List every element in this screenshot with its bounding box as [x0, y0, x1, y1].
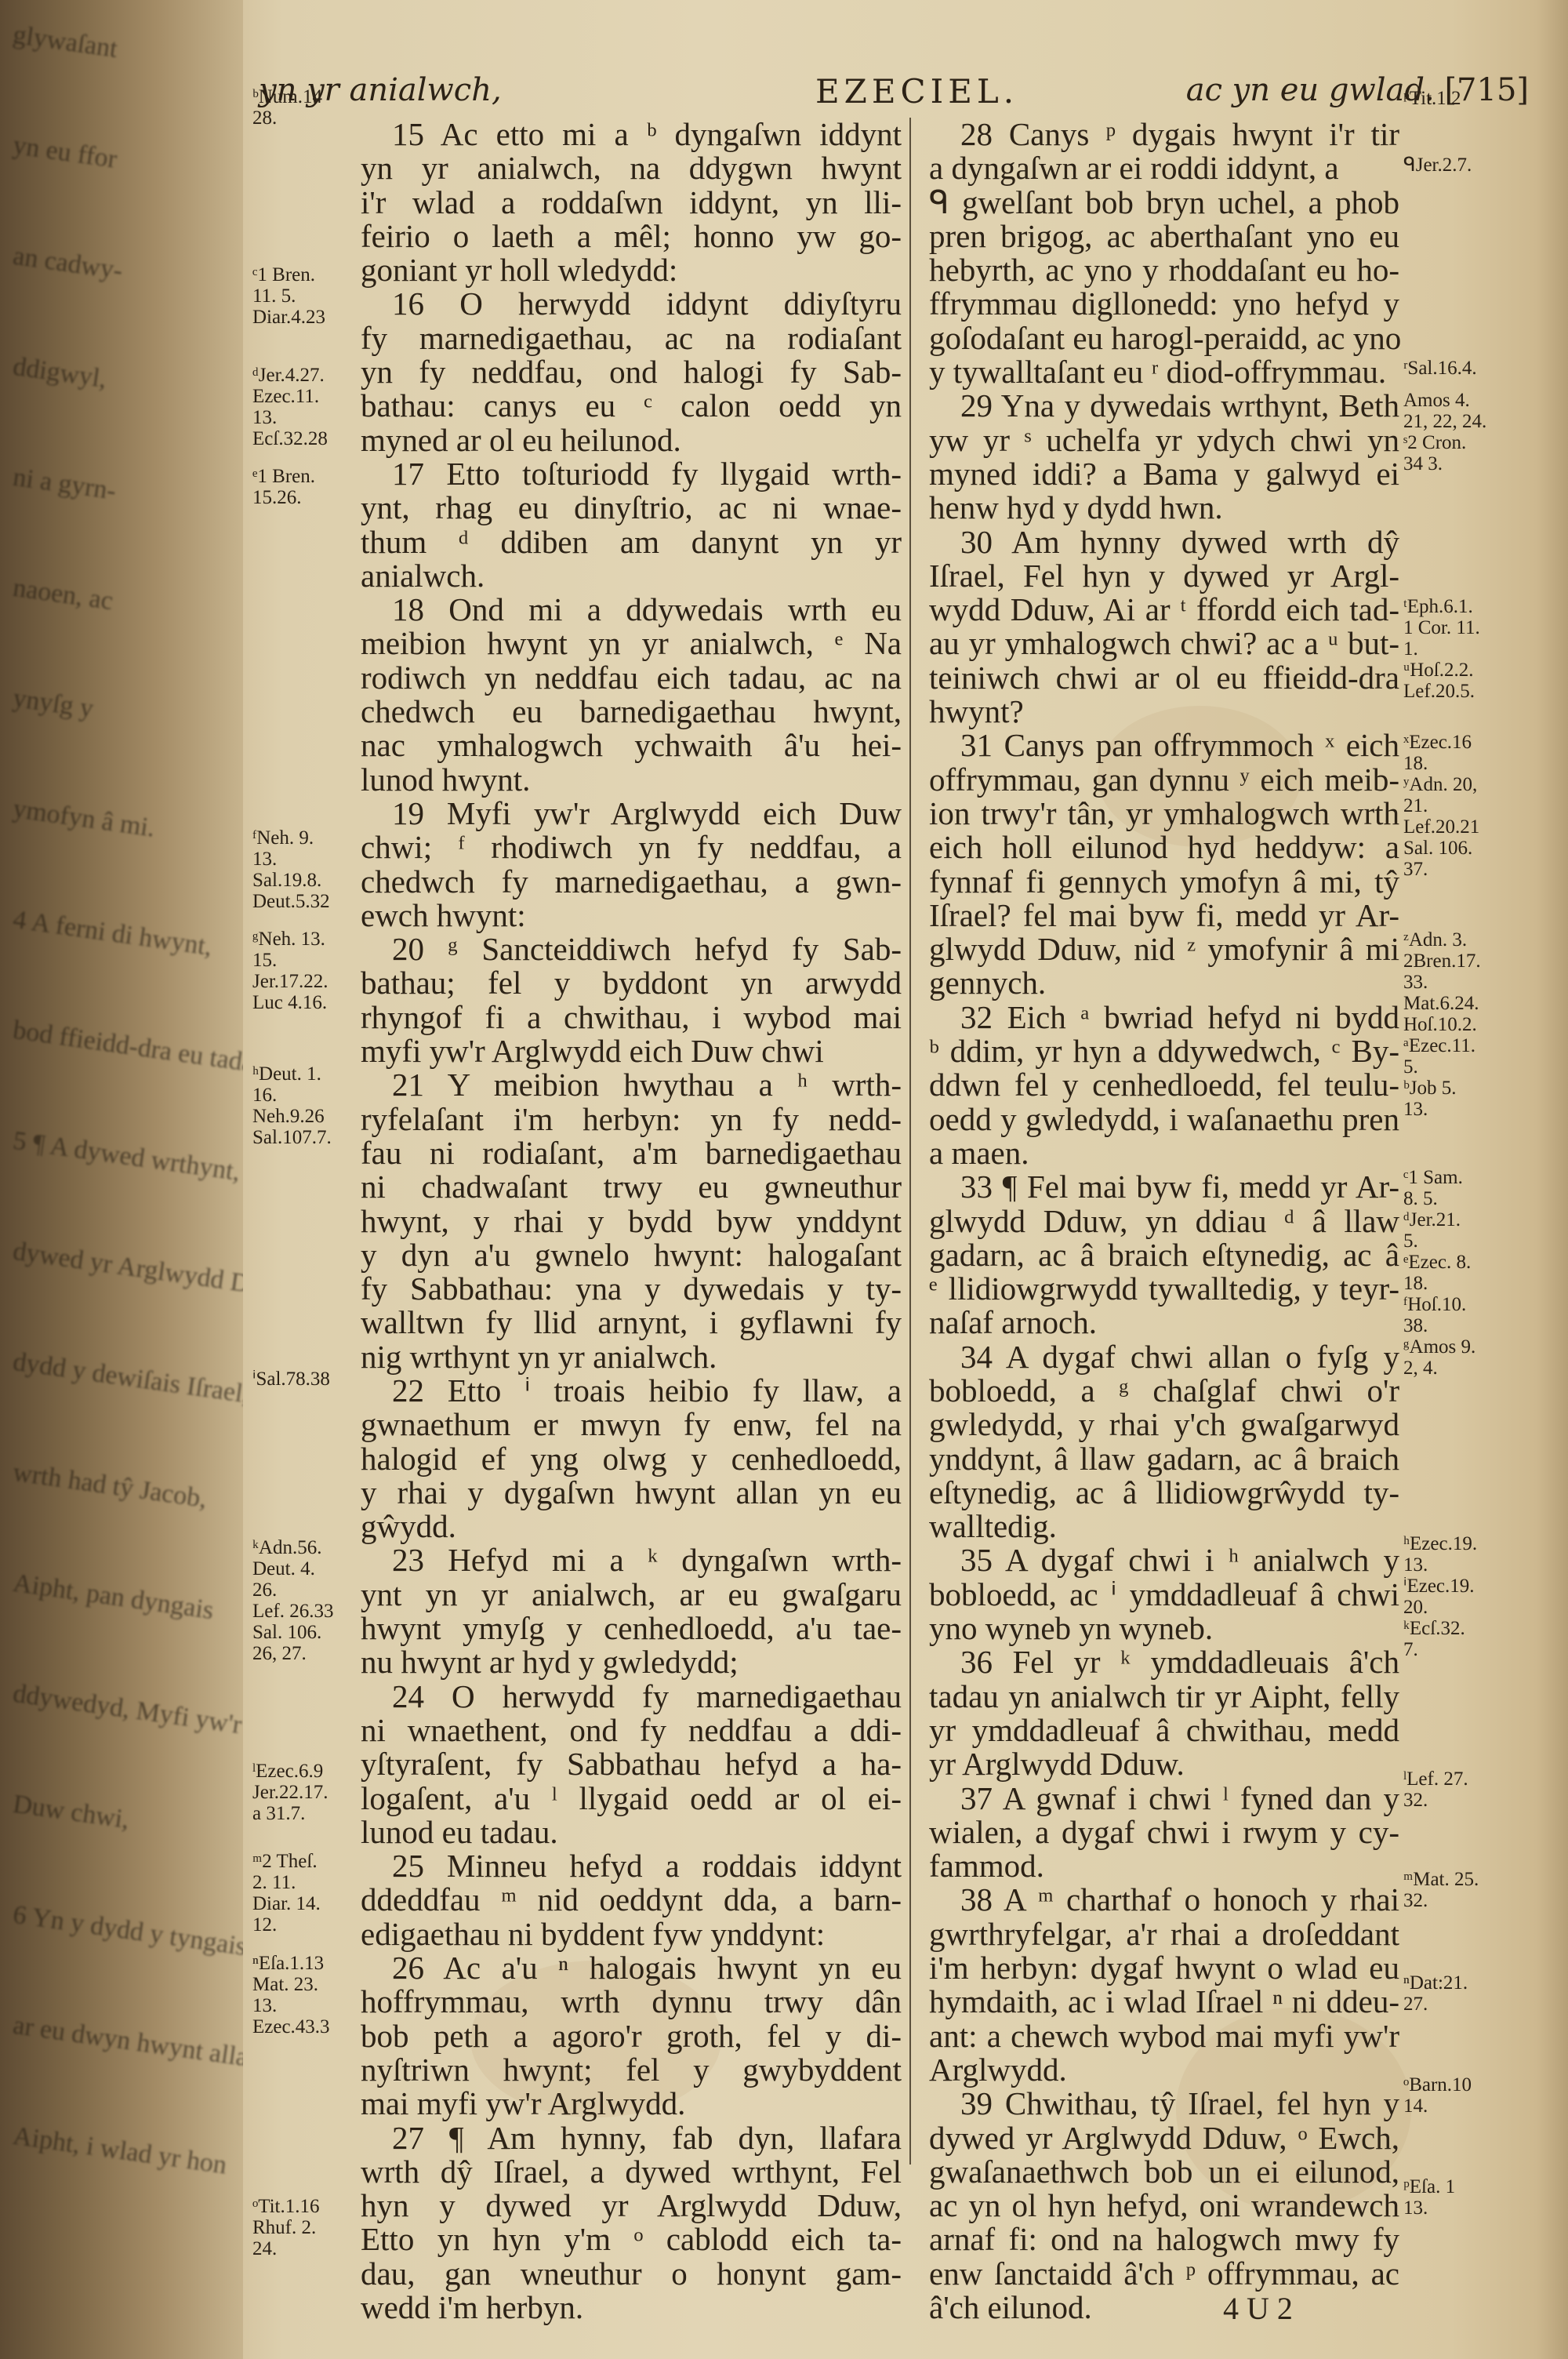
verse-line: glwydd Dduw, yn ddiau ᵈ â llaw	[929, 1205, 1399, 1238]
verse-line: 22 Etto ⁱ troais heibio fy llaw, a	[361, 1374, 902, 1408]
verse-line: gwnaethum er mwyn fy enw, fel na	[361, 1408, 902, 1441]
verse-line: wrth dŷ Iſrael, a dywed wrthynt, Fel	[361, 2155, 902, 2189]
verse-line: ac yn ol hyn hefyd, oni wrandewch	[929, 2189, 1399, 2223]
verse-line: ant: a chewch wybod mai myfi yw'r	[929, 2019, 1399, 2053]
book-title: EZECIEL.	[815, 72, 1018, 111]
verse-line: eich holl eilunod hyd heddyw: a	[929, 831, 1399, 864]
verse-line: hyn y dywed yr Arglwydd Dduw,	[361, 2189, 902, 2223]
verse-line: 31 Canys pan offrymmoch ˣ eich	[929, 729, 1399, 762]
verse-line: nig wrthynt yn yr anialwch.	[361, 1340, 902, 1374]
verse-line: ᑫ gwelſant bob bryn uchel, a phob	[929, 186, 1399, 220]
verse-line: Iſrael? fel mai byw fi, medd yr Ar-	[929, 899, 1399, 932]
verse-line: yſtyraſent, fy Sabbathau hefyd a ha-	[361, 1747, 902, 1781]
verse-line: 27 ¶ Am hynny, fab dyn, llafara	[361, 2121, 902, 2155]
facing-page-line: ynyſg y	[0, 679, 241, 747]
cross-reference-note: ˣEzec.16 18. ʸAdn. 20, 21. Lef.20.21 Sal…	[1403, 732, 1479, 880]
header-right: ac yn eu gwlad. [715]	[1186, 72, 1529, 108]
verse-line: hwynt, y rhai y bydd byw ynddynt	[361, 1205, 902, 1238]
verse-line: chwi; ᶠ rhodiwch yn fy neddfau, a	[361, 831, 902, 864]
verse-line: nac ymhalogwch ychwaith â'u hei-	[361, 729, 902, 762]
verse-line: ni chadwaſant trwy eu gwneuthur	[361, 1170, 902, 1204]
facing-page-line: Duw chwi,	[0, 1785, 241, 1852]
verse-line: eſtynedig, ac â llidiowgrŵydd ty-	[929, 1476, 1399, 1510]
cross-reference-note: ᵈJer.4.27. Ezec.11. 13. Ecſ.32.28	[252, 365, 328, 449]
verse-line: hymdaith, ac i wlad Iſrael ⁿ ni ddeu-	[929, 1985, 1399, 2019]
verse-line: henw hyd y dydd hwn.	[929, 491, 1399, 525]
cross-reference-note: ʳSal.16.4.	[1403, 358, 1477, 379]
verse-line: 28 Canys ᵖ dygais hwynt i'r tir	[929, 118, 1399, 151]
verse-line: hebyrth, ac yno y rhoddaſant eu ho-	[929, 253, 1399, 287]
cross-reference-note: ʰEzec.19. 13. ⁱEzec.19. 20. ᵏEcſ.32. 7.	[1403, 1533, 1477, 1660]
verse-line: ffrymmau digllonedd: yno hefyd y	[929, 287, 1399, 321]
verse-line: 29 Yna y dywedais wrthynt, Beth	[929, 389, 1399, 423]
verse-line: 23 Hefyd mi a ᵏ dyngaſwn wrth-	[361, 1543, 902, 1577]
header-right-catchword: ac yn eu gwlad.	[1186, 72, 1435, 108]
facing-page-line: bod ffieidd-dra eu tadau:	[0, 1011, 241, 1078]
cross-reference-note: ⁿEſa.1.13 Mat. 23. 13. Ezec.43.3	[252, 1953, 330, 2037]
verse-line: gwrthryfelgar, a'r rhai a droſeddant	[929, 1917, 1399, 1951]
facing-page-line: dywed yr Arglwydd Dduw	[0, 1232, 241, 1299]
verse-line: hwynt?	[929, 695, 1399, 729]
facing-page-line: 5 ¶ A dywed wrthynt,	[0, 1121, 241, 1189]
verse-line: anialwch.	[361, 559, 902, 593]
verse-line: goſodaſant eu harogl-peraidd, ac yno	[929, 322, 1399, 355]
verse-line: yn fy neddfau, ond halogi fy Sab-	[361, 355, 902, 389]
facing-page-line: naoen, ac	[0, 569, 241, 636]
verse-line: Etto yn hyn y'm ᵒ cablodd eich ta-	[361, 2223, 902, 2256]
cross-reference-note: ˡEzec.6.9 Jer.22.17. a 31.7.	[252, 1761, 328, 1824]
cross-reference-note: ᵒBarn.10 14.	[1403, 2074, 1472, 2117]
right-text-column: 28 Canys ᵖ dygais hwynt i'r tira dyngaſw…	[929, 118, 1399, 2324]
verse-line: fy Sabbathau: yna y dywedais y ty-	[361, 1272, 902, 1306]
facing-page-line: dydd y dewiſais Iſrael,	[0, 1343, 241, 1410]
verse-line: ynddynt, â llaw gadarn, ac â braich	[929, 1442, 1399, 1476]
verse-line: bobloedd, a ᵍ chaſglaf chwi o'r	[929, 1374, 1399, 1408]
cross-reference-note: ᶻAdn. 3. 2Bren.17. 33. Mat.6.24. Hoſ.10.…	[1403, 929, 1481, 1120]
verse-line: 16 O herwydd iddynt ddiyſtyru	[361, 287, 902, 321]
verse-line: 25 Minneu hefyd a roddais iddynt	[361, 1849, 902, 1883]
facing-page-line: Aipht, pan dyngais	[0, 1564, 241, 1631]
verse-line: gwaſanaethwch bob un ei eilunod,	[929, 2155, 1399, 2189]
cross-reference-note: ᵒTit.1.16 Rhuf. 2. 24.	[252, 2196, 320, 2259]
cross-reference-note: ʰDeut. 1. 16. Neh.9.26 Sal.107.7.	[252, 1063, 332, 1148]
verse-line: thum ᵈ ddiben am danynt yn yr	[361, 525, 902, 559]
verse-line: 15 Ac etto mi a ᵇ dyngaſwn iddynt	[361, 118, 902, 151]
verse-line: ni wnaethent, ond fy neddfau a ddi-	[361, 1714, 902, 1747]
verse-line: naſaf arnoch.	[929, 1306, 1399, 1339]
verse-line: fau ni rodiaſant, a'm barnedigaethau	[361, 1136, 902, 1170]
facing-page-line: 6 Yn y dydd y tyngais	[0, 1896, 241, 1963]
verse-line: nyſtriwn hwynt; fel y gwybyddent	[361, 2053, 902, 2087]
cross-reference-note: ᶜ1 Bren. 11. 5. Diar.4.23	[252, 264, 325, 328]
verse-line: ewch hwynt:	[361, 899, 902, 932]
facing-page-line: ymofyn â mi.	[0, 790, 241, 857]
verse-line: mai myfi yw'r Arglwydd.	[361, 2087, 902, 2121]
verse-line: 34 A dygaf chwi allan o fyſg y	[929, 1340, 1399, 1374]
verse-line: 18 Ond mi a ddywedais wrth eu	[361, 593, 902, 627]
verse-line: dau, gan wneuthur o honynt gam-	[361, 2257, 902, 2291]
verse-line: halogid ef yng olwg y cenhedloedd,	[361, 1442, 902, 1476]
facing-page-line: wrth had tŷ Jacob,	[0, 1453, 241, 1521]
facing-page-line: Aipht, i wlad yr hon	[0, 2117, 241, 2184]
verse-line: yn yr anialwch, na ddygwn hwynt	[361, 151, 902, 185]
verse-line: oedd y gwledydd, i waſanaethu pren	[929, 1103, 1399, 1136]
verse-line: i'r wlad a roddaſwn iddynt, yn lli-	[361, 186, 902, 220]
verse-line: dywed yr Arglwydd Dduw, ᵒ Ewch,	[929, 2121, 1399, 2155]
verse-line: 19 Myfi yw'r Arglwydd eich Duw	[361, 797, 902, 831]
verse-line: gŵydd.	[361, 1510, 902, 1543]
cross-reference-note: ᵍNeh. 13. 15. Jer.17.22. Luc 4.16.	[252, 929, 328, 1013]
verse-line: fynnaf fi gennych ymofyn â mi, tŷ	[929, 865, 1399, 899]
verse-line: 32 Eich ᵃ bwriad hefyd ni bydd	[929, 1001, 1399, 1034]
verse-line: offrymmau, gan dynnu ʸ eich meib-	[929, 763, 1399, 797]
verse-line: bob peth a agoro'r groth, fel y di-	[361, 2019, 902, 2053]
verse-line: 26 Ac a'u ⁿ halogais hwynt yn eu	[361, 1951, 902, 1985]
verse-line: ynt, rhag eu dinyſtrio, ac ni wnae-	[361, 491, 902, 525]
verse-line: enw ſanctaidd â'ch ᵖ offrymmau, ac	[929, 2257, 1399, 2291]
cross-reference-note: ᵖEſa. 1 13.	[1403, 2176, 1455, 2219]
verse-line: gwledydd, y rhai y'ch gwaſgarwyd	[929, 1408, 1399, 1441]
facing-page-text: glywaſantyn eu fforan cadwy-ddigwyl,ni a…	[0, 16, 243, 2150]
cross-reference-note: ᵖTit.1.2	[1403, 88, 1461, 109]
cross-reference-note: Amos 4. 21, 22, 24. ˢ2 Cron. 34 3.	[1403, 390, 1486, 474]
facing-page-line: 4 A ferni di hwynt,	[0, 900, 241, 968]
verse-line: edigaethau ni byddent fyw ynddynt:	[361, 1917, 902, 1951]
cross-reference-note: ⁿDat:21. 27.	[1403, 1972, 1468, 2015]
facing-page-line: ar eu dwyn hwynt allan	[0, 2006, 241, 2074]
facing-page-gutter: glywaſantyn eu fforan cadwy-ddigwyl,ni a…	[0, 0, 243, 2359]
verse-line: teiniwch chwi ar ol eu ffieidd-dra	[929, 661, 1399, 695]
facing-page-line: ddigwyl,	[0, 347, 241, 415]
cross-reference-note: ᵇNum.14 28.	[252, 86, 322, 129]
verse-line: hwynt ymyſg y cenhedloedd, a'u tae-	[361, 1612, 902, 1645]
verse-line: a dyngaſwn ar ei roddi iddynt, a	[929, 151, 1399, 185]
facing-page-line: yn eu ffor	[0, 126, 241, 194]
verse-line: Iſrael, Fel hyn y dywed yr Argl-	[929, 559, 1399, 593]
verse-line: myned ar ol eu heilunod.	[361, 423, 902, 457]
cross-reference-note: ᑫJer.2.7.	[1403, 154, 1472, 176]
verse-line: 36 Fel yr ᵏ ymddadleuais â'ch	[929, 1645, 1399, 1679]
cross-reference-note: ᵗEph.6.1. 1 Cor. 11. 1. ᵘHoſ.2.2. Lef.20…	[1403, 596, 1480, 702]
signature-mark: 4 U 2	[1223, 2290, 1293, 2327]
cross-reference-note: ᶜ1 Sam. 8. 5. ᵈJer.21. 5. ᵉEzec. 8. 18. …	[1403, 1167, 1475, 1379]
verse-line: a maen.	[929, 1136, 1399, 1170]
verse-line: glwydd Dduw, nid ᶻ ymofynir â mi	[929, 932, 1399, 966]
verse-line: tadau yn anialwch tir yr Aipht, felly	[929, 1680, 1399, 1714]
verse-line: ion trwy'r tân, yr ymhalogwch wrth	[929, 797, 1399, 831]
verse-line: au yr ymhalogwch chwi? ac a ᵘ but-	[929, 627, 1399, 660]
verse-line: Arglwydd.	[929, 2053, 1399, 2087]
verse-line: lunod eu tadau.	[361, 1816, 902, 1849]
verse-line: bathau: canys eu ᶜ calon oedd yn	[361, 389, 902, 423]
verse-line: ᵉ llidiowgrwydd tywalltedig, y teyr-	[929, 1272, 1399, 1306]
verse-line: arnaf fi: ond na halogwch mwy fy	[929, 2223, 1399, 2256]
verse-line: meibion hwynt yn yr anialwch, ᵉ Na	[361, 627, 902, 660]
verse-line: 35 A dygaf chwi i ʰ anialwch y	[929, 1543, 1399, 1577]
verse-line: chedwch fy marnedigaethau, a gwn-	[361, 865, 902, 899]
verse-line: yr ymddadleuaf â chwithau, medd	[929, 1714, 1399, 1747]
verse-line: bobloedd, ac ⁱ ymddadleuaf â chwi	[929, 1578, 1399, 1612]
verse-line: â'ch eilunod.	[929, 2291, 1399, 2324]
cross-reference-note: ᵏAdn.56. Deut. 4. 26. Lef. 26.33 Sal. 10…	[252, 1537, 333, 1664]
verse-line: feirio o laeth a mêl; honno yw go-	[361, 220, 902, 253]
verse-line: chedwch eu barnedigaethau hwynt,	[361, 695, 902, 729]
cross-reference-note: ˡLef. 27. 32.	[1403, 1768, 1468, 1811]
column-divider	[909, 118, 911, 2165]
verse-line: ddeddfau ᵐ nid oeddynt dda, a barn-	[361, 1883, 902, 1917]
cross-reference-note: ᶠNeh. 9. 13. Sal.19.8. Deut.5.32	[252, 827, 330, 912]
cross-reference-note: ᵐMat. 25. 32.	[1403, 1869, 1479, 1911]
verse-line: 30 Am hynny dywed wrth dŷ	[929, 525, 1399, 559]
running-header: yn yr anialwch, EZECIEL. ac yn eu gwlad.…	[251, 72, 1529, 119]
verse-line: rhyngof fi a chwithau, i wybod mai	[361, 1001, 902, 1034]
verse-line: ᵇ ddim, yr hyn a ddywedwch, ᶜ By-	[929, 1034, 1399, 1068]
verse-line: 37 A gwnaf i chwi ˡ fyned dan y	[929, 1782, 1399, 1816]
verse-line: myfi yw'r Arglwydd eich Duw chwi	[361, 1034, 902, 1068]
facing-page-line: an cadwy-	[0, 237, 241, 304]
facing-page-line: glywaſant	[0, 16, 241, 83]
verse-line: 38 A ᵐ charthaf o honoch y rhai	[929, 1883, 1399, 1917]
verse-line: bathau; fel y byddont yn arwydd	[361, 966, 902, 1000]
cross-reference-note: ⁱSal.78.38	[252, 1369, 330, 1390]
verse-line: yno wyneb yn wyneb.	[929, 1612, 1399, 1645]
verse-line: logaſent, a'u ˡ llygaid oedd ar ol ei-	[361, 1782, 902, 1816]
verse-line: gennych.	[929, 966, 1399, 1000]
verse-line: fammod.	[929, 1849, 1399, 1883]
verse-line: 24 O herwydd fy marnedigaethau	[361, 1680, 902, 1714]
verse-line: myned iddi? a Bama y galwyd ei	[929, 457, 1399, 491]
verse-line: 33 ¶ Fel mai byw fi, medd yr Ar-	[929, 1170, 1399, 1204]
verse-line: wedd i'm herbyn.	[361, 2291, 902, 2324]
verse-line: 21 Y meibion hwythau a ʰ wrth-	[361, 1068, 902, 1102]
verse-line: walltwn fy llid arnynt, i gyflawni fy	[361, 1306, 902, 1339]
verse-line: gadarn, ac â braich eſtynedig, ac â	[929, 1238, 1399, 1272]
verse-line: wialen, a dygaf chwi i rwym y cy-	[929, 1816, 1399, 1849]
facing-page-line: ni a gyrn-	[0, 458, 241, 525]
verse-line: pren brigog, ac aberthaſant yno eu	[929, 220, 1399, 253]
cross-reference-note: ᵐ2 Theſ. 2. 11. Diar. 14. 12.	[252, 1851, 321, 1936]
verse-line: goniant yr holl wledydd:	[361, 253, 902, 287]
verse-line: hoffrymmau, wrth dynnu trwy dân	[361, 1985, 902, 2019]
verse-line: 20 ᵍ Sancteiddiwch hefyd fy Sab-	[361, 932, 902, 966]
facing-page-line: ddywedyd, Myfi yw'r	[0, 1674, 241, 1742]
verse-line: y tywalltaſant eu ʳ diod-offrymmau.	[929, 355, 1399, 389]
verse-line: ryfelaſant i'm herbyn: yn fy nedd-	[361, 1103, 902, 1136]
verse-line: y rhai y dygaſwn hwynt allan yn eu	[361, 1476, 902, 1510]
verse-line: yr Arglwydd Dduw.	[929, 1747, 1399, 1781]
verse-line: rodiwch yn neddfau eich tadau, ac na	[361, 661, 902, 695]
verse-line: i'm herbyn: dygaf hwynt o wlad eu	[929, 1951, 1399, 1985]
left-text-column: 15 Ac etto mi a ᵇ dyngaſwn iddyntyn yr a…	[361, 118, 902, 2324]
verse-line: 39 Chwithau, tŷ Iſrael, fel hyn y	[929, 2087, 1399, 2121]
verse-line: fy marnedigaethau, ac na rodiaſant	[361, 322, 902, 355]
verse-line: 17 Etto toſturiodd fy llygaid wrth-	[361, 457, 902, 491]
verse-line: ddwn fel y cenhedloedd, fel teulu-	[929, 1068, 1399, 1102]
verse-line: ynt yn yr anialwch, ar eu gwaſgaru	[361, 1578, 902, 1612]
verse-line: walltedig.	[929, 1510, 1399, 1543]
verse-line: y dyn a'u gwnelo hwynt: halogaſant	[361, 1238, 902, 1272]
verse-line: yw yr ˢ uchelfa yr ydych chwi yn	[929, 423, 1399, 457]
cross-reference-note: ᵉ1 Bren. 15.26.	[252, 466, 315, 508]
verse-line: nu hwynt ar hyd y gwledydd;	[361, 1645, 902, 1679]
verse-line: wydd Dduw, Ai ar ᵗ ffordd eich tad-	[929, 593, 1399, 627]
verse-line: lunod hwynt.	[361, 763, 902, 797]
